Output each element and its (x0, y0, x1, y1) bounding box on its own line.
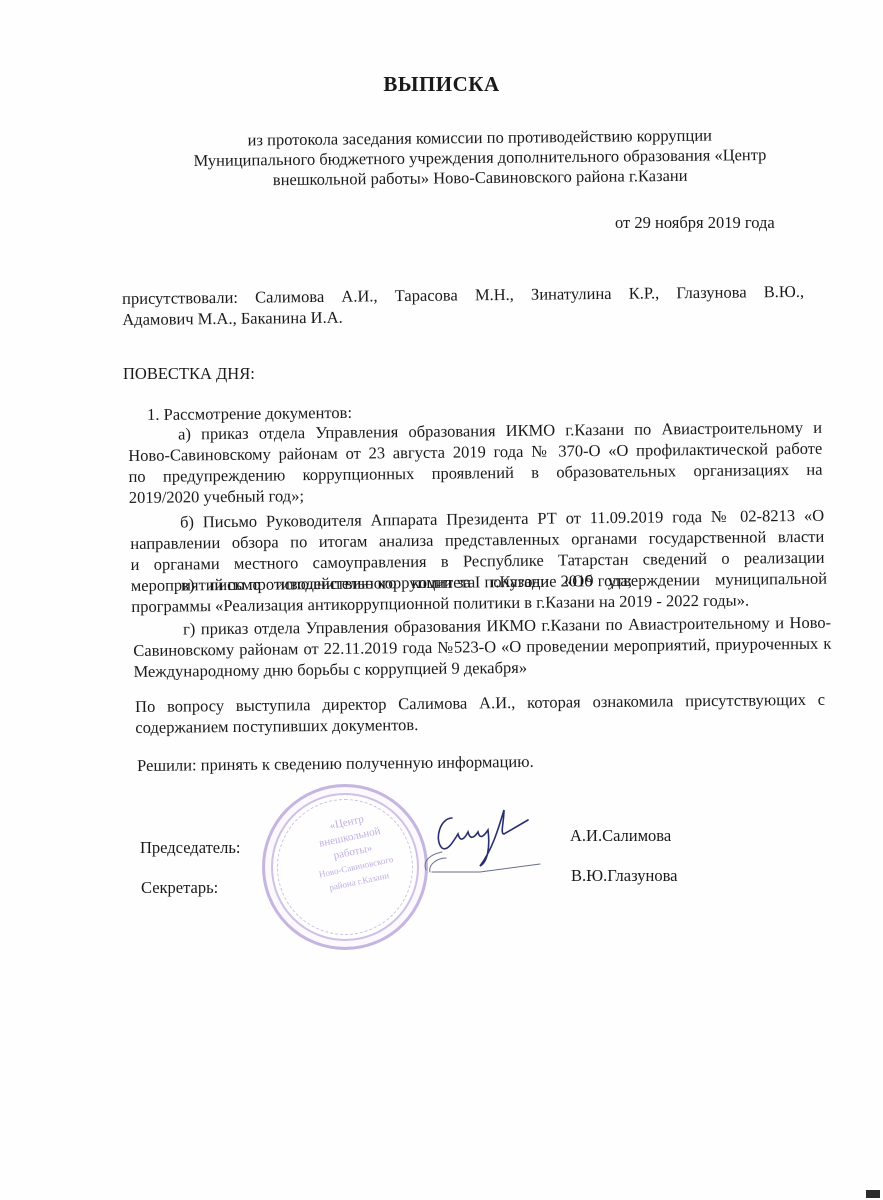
chair-label: Председатель: (140, 838, 240, 858)
secretary-name: В.Ю.Глазунова (571, 866, 677, 886)
chair-name: А.И.Салимова (570, 826, 671, 846)
document-subtitle: из протокола заседания комиссии по проти… (140, 124, 821, 191)
official-stamp: «Центр внешкольной работы» Ново-Савиновс… (262, 784, 428, 950)
attendees-paragraph: присутствовали: Салимова А.И., Тарасова … (122, 281, 804, 330)
agenda-item-a: а) приказ отдела Управления образования … (128, 417, 823, 508)
signature-icon (420, 800, 550, 890)
agenda-item-d: г) приказ отдела Управления образования … (133, 612, 832, 682)
document-page: ВЫПИСКА из протокола заседания комиссии … (0, 0, 883, 1200)
agenda-heading: ПОВЕСТКА ДНЯ: (123, 364, 255, 384)
document-title: ВЫПИСКА (0, 72, 883, 97)
document-date: от 29 ноября 2019 года (615, 213, 775, 233)
secretary-label: Секретарь: (141, 878, 218, 898)
discussion-paragraph: По вопросу выступила директор Салимова А… (135, 689, 825, 738)
decision-text: Решили: принять к сведению полученную ин… (137, 750, 637, 776)
agenda-item-c: в) письмо исполнительного комитета г.Каз… (131, 568, 827, 617)
scan-corner-mark (866, 1190, 880, 1198)
decision-paragraph: Решили: принять к сведению полученную ин… (137, 750, 637, 776)
